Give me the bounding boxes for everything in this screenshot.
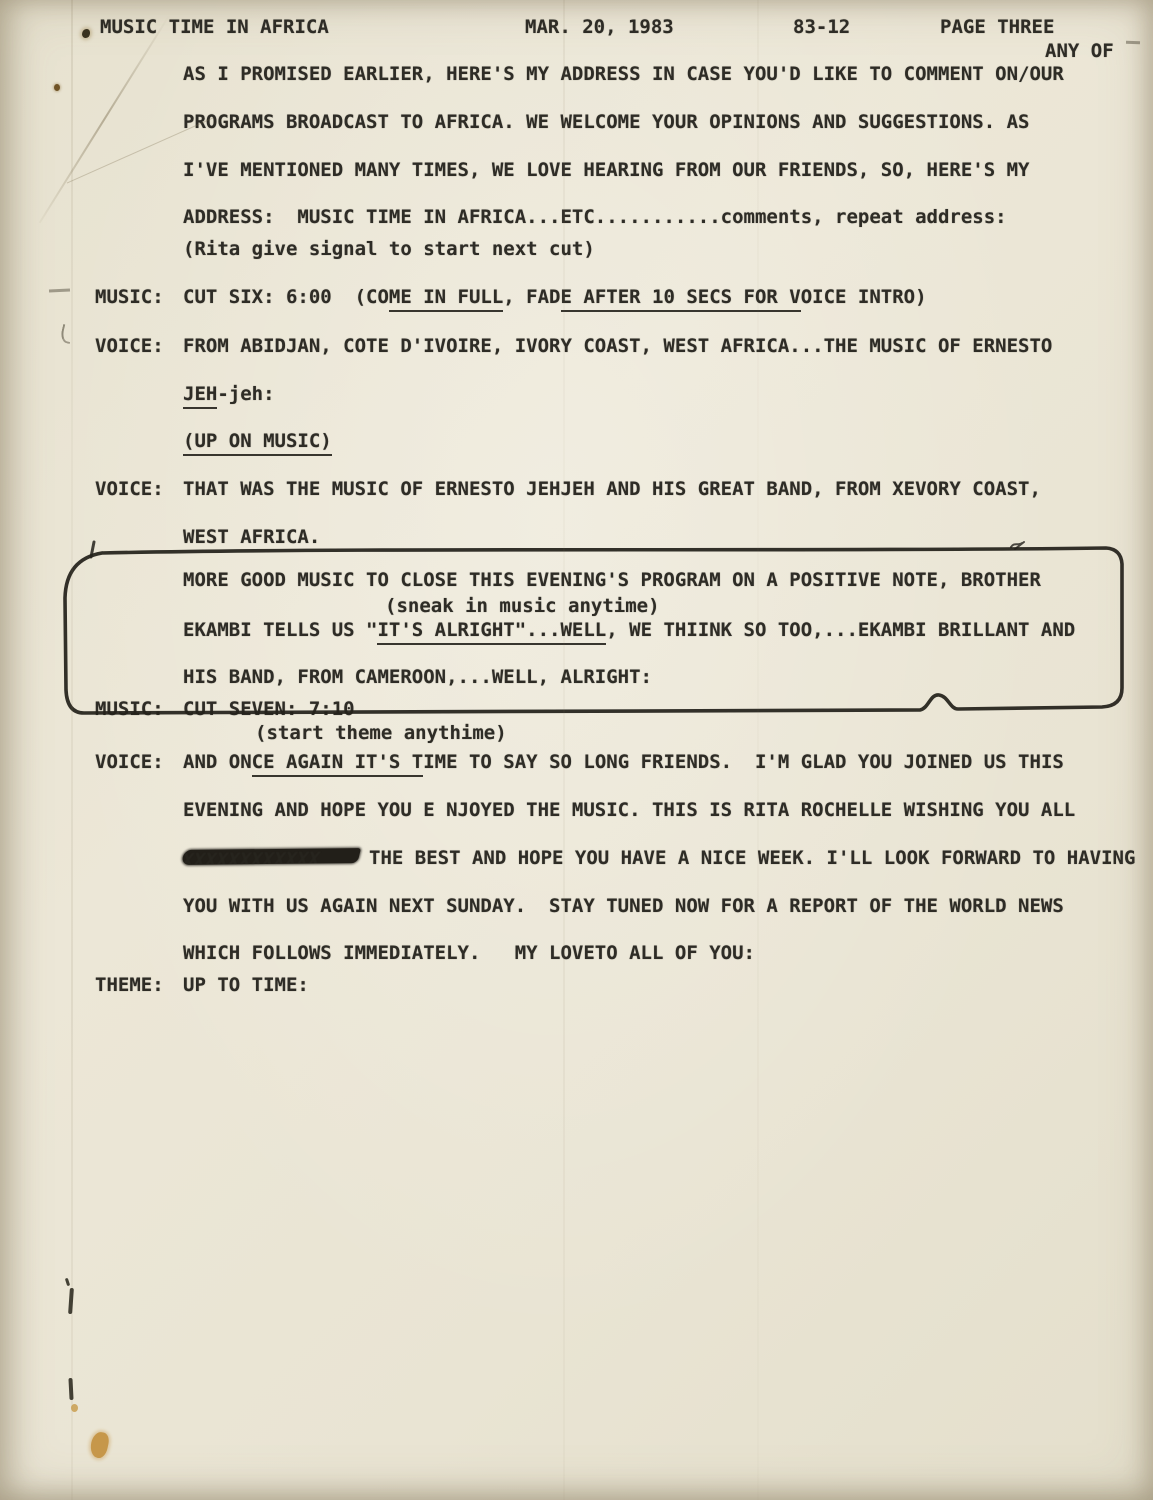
paper-stain bbox=[54, 84, 60, 91]
line-text: I'VE MENTIONED MANY TIMES, WE LOVE HEARI… bbox=[183, 159, 1029, 181]
text-segment: IT'S ALRIGHT"...WELL bbox=[377, 619, 606, 645]
text-segment: EKAMBI TELLS US " bbox=[183, 619, 377, 641]
script-line: ADDRESS: MUSIC TIME IN AFRICA...ETC.....… bbox=[95, 206, 1140, 238]
line-text: WHICH FOLLOWS IMMEDIATELY. MY LOVETO ALL… bbox=[183, 942, 755, 964]
line-text: HIS BAND, FROM CAMEROON,...WELL, ALRIGHT… bbox=[183, 666, 652, 688]
text-segment: CE AGAIN IT'S T bbox=[252, 751, 424, 777]
line-text: YOU WITH US AGAIN NEXT SUNDAY. STAY TUNE… bbox=[183, 895, 1064, 917]
cue-label: VOICE: bbox=[95, 751, 183, 773]
text-segment: CUT SEVEN: 7:10 bbox=[183, 698, 355, 720]
line-text: XXXXXXXXXXXXTHE BEST AND HOPE YOU HAVE A… bbox=[183, 847, 1135, 869]
cue-label: MUSIC: bbox=[95, 286, 183, 308]
paper-stain bbox=[88, 1431, 110, 1460]
text-segment: YOU WITH US AGAIN NEXT SUNDAY. STAY TUNE… bbox=[183, 895, 1064, 917]
script-line: (sneak in music anytime) bbox=[95, 595, 1140, 619]
script-line: EKAMBI TELLS US "IT'S ALRIGHT"...WELL, W… bbox=[95, 619, 1140, 666]
text-segment: THAT WAS THE MUSIC OF ERNESTO JEHJEH AND… bbox=[183, 478, 1041, 500]
text-segment: I'VE MENTIONED MANY TIMES, WE LOVE HEARI… bbox=[183, 159, 1029, 181]
text-segment: THE BEST AND HOPE YOU HAVE A NICE WEEK. … bbox=[369, 847, 1135, 869]
script-line: (UP ON MUSIC) bbox=[95, 430, 1140, 478]
broadcast-date: MAR. 20, 1983 bbox=[525, 16, 674, 38]
script-line: EVENING AND HOPE YOU E NJOYED THE MUSIC.… bbox=[95, 799, 1140, 847]
script-cue-line: VOICE:AND ONCE AGAIN IT'S TIME TO SAY SO… bbox=[95, 751, 1140, 799]
script-cue-line: THEME:UP TO TIME: bbox=[95, 974, 1140, 1022]
cue-label: THEME: bbox=[95, 974, 183, 996]
ink-speck bbox=[65, 1278, 70, 1287]
line-text: (sneak in music anytime) bbox=[385, 595, 660, 617]
pencil-mark bbox=[49, 288, 70, 292]
script-cue-line: VOICE:FROM ABIDJAN, COTE D'IVOIRE, IVORY… bbox=[95, 335, 1140, 383]
redacted-text: XXXXXXXXXXXX bbox=[181, 848, 361, 865]
text-segment: MORE GOOD MUSIC TO CLOSE THIS EVENING'S … bbox=[183, 569, 1041, 591]
text-segment: (Rita give signal to start next cut) bbox=[183, 238, 595, 260]
vertical-fold-line bbox=[71, 0, 73, 1500]
paper-stain bbox=[71, 1404, 78, 1412]
cue-label: MUSIC: bbox=[95, 698, 183, 720]
line-text: MORE GOOD MUSIC TO CLOSE THIS EVENING'S … bbox=[183, 569, 1041, 591]
line-text: EVENING AND HOPE YOU E NJOYED THE MUSIC.… bbox=[183, 799, 1075, 821]
line-text: (UP ON MUSIC) bbox=[183, 430, 332, 452]
line-text: (start theme anythime) bbox=[255, 722, 507, 744]
script-cue-line: MUSIC:CUT SEVEN: 7:10 bbox=[95, 698, 1140, 722]
text-segment: WEST AFRICA. bbox=[183, 526, 320, 548]
text-segment: ADDRESS: MUSIC TIME IN AFRICA...ETC.....… bbox=[183, 206, 1007, 228]
text-segment: ME IN FULL bbox=[389, 286, 503, 312]
text-segment: -jeh: bbox=[217, 383, 274, 405]
line-text: JEH-jeh: bbox=[183, 383, 275, 405]
line-text: FROM ABIDJAN, COTE D'IVOIRE, IVORY COAST… bbox=[183, 335, 1052, 357]
script-line: WEST AFRICA. bbox=[95, 526, 1140, 569]
script-line: (start theme anythime) bbox=[95, 722, 1140, 751]
text-segment: , FAD bbox=[503, 286, 560, 308]
text-segment: JEH bbox=[183, 383, 217, 409]
script-cue-line: MUSIC:CUT SIX: 6:00 (COME IN FULL, FADE … bbox=[95, 286, 1140, 335]
line-text: PROGRAMS BROADCAST TO AFRICA. WE WELCOME… bbox=[183, 111, 1029, 133]
line-text: EKAMBI TELLS US "IT'S ALRIGHT"...WELL, W… bbox=[183, 619, 1075, 641]
text-segment: WHICH FOLLOWS IMMEDIATELY. MY LOVETO ALL… bbox=[183, 942, 755, 964]
text-segment: (sneak in music anytime) bbox=[385, 595, 660, 617]
text-segment: EVENING AND HOPE YOU E NJOYED THE MUSIC.… bbox=[183, 799, 1075, 821]
script-line: XXXXXXXXXXXXTHE BEST AND HOPE YOU HAVE A… bbox=[95, 847, 1140, 895]
line-text: UP TO TIME: bbox=[183, 974, 309, 996]
line-text: AND ONCE AGAIN IT'S TIME TO SAY SO LONG … bbox=[183, 751, 1064, 777]
typewritten-script-page: MUSIC TIME IN AFRICA MAR. 20, 1983 83-12… bbox=[0, 0, 1153, 1500]
text-segment: , WE THIINK SO TOO,...EKAMBI BRILLANT AN… bbox=[606, 619, 1075, 641]
script-cue-line: VOICE:THAT WAS THE MUSIC OF ERNESTO JEHJ… bbox=[95, 478, 1140, 526]
script-line: PROGRAMS BROADCAST TO AFRICA. WE WELCOME… bbox=[95, 111, 1140, 159]
script-line: AS I PROMISED EARLIER, HERE'S MY ADDRESS… bbox=[95, 63, 1140, 111]
text-segment: E AFTER 10 SECS FOR V bbox=[561, 286, 801, 312]
script-line: MORE GOOD MUSIC TO CLOSE THIS EVENING'S … bbox=[95, 569, 1140, 595]
line-text: CUT SEVEN: 7:10 bbox=[183, 698, 355, 720]
script-line: WHICH FOLLOWS IMMEDIATELY. MY LOVETO ALL… bbox=[95, 942, 1140, 974]
line-text: CUT SIX: 6:00 (COME IN FULL, FADE AFTER … bbox=[183, 286, 927, 312]
line-text: ADDRESS: MUSIC TIME IN AFRICA...ETC.....… bbox=[183, 206, 1007, 228]
text-segment: (UP ON MUSIC) bbox=[183, 430, 332, 456]
episode-number: 83-12 bbox=[793, 16, 850, 38]
ink-speck bbox=[68, 1378, 73, 1400]
text-segment: (start theme anythime) bbox=[255, 722, 507, 744]
line-text: WEST AFRICA. bbox=[183, 526, 320, 548]
typed-insertion-any-of: ANY OF bbox=[1045, 40, 1114, 62]
line-text: THAT WAS THE MUSIC OF ERNESTO JEHJEH AND… bbox=[183, 478, 1041, 500]
text-segment: UP TO TIME: bbox=[183, 974, 309, 996]
cue-label: VOICE: bbox=[95, 478, 183, 500]
page-header: MUSIC TIME IN AFRICA MAR. 20, 1983 83-12… bbox=[0, 16, 1153, 56]
program-title: MUSIC TIME IN AFRICA bbox=[100, 16, 329, 38]
text-segment: HIS BAND, FROM CAMEROON,...WELL, ALRIGHT… bbox=[183, 666, 652, 688]
page-number: PAGE THREE bbox=[940, 16, 1054, 38]
text-segment: AND ON bbox=[183, 751, 252, 773]
line-text: (Rita give signal to start next cut) bbox=[183, 238, 595, 260]
script-line: YOU WITH US AGAIN NEXT SUNDAY. STAY TUNE… bbox=[95, 895, 1140, 942]
text-segment: IME TO SAY SO LONG FRIENDS. I'M GLAD YOU… bbox=[423, 751, 1064, 773]
text-segment: PROGRAMS BROADCAST TO AFRICA. WE WELCOME… bbox=[183, 111, 1029, 133]
text-segment: OICE INTRO) bbox=[801, 286, 927, 308]
line-text: AS I PROMISED EARLIER, HERE'S MY ADDRESS… bbox=[183, 63, 1064, 85]
ink-speck bbox=[68, 1288, 74, 1314]
script-line: JEH-jeh: bbox=[95, 383, 1140, 430]
script-line: (Rita give signal to start next cut) bbox=[95, 238, 1140, 286]
pencil-mark bbox=[59, 324, 74, 344]
text-segment: AS I PROMISED EARLIER, HERE'S MY ADDRESS… bbox=[183, 63, 1064, 85]
script-line: I'VE MENTIONED MANY TIMES, WE LOVE HEARI… bbox=[95, 159, 1140, 206]
script-lines: AS I PROMISED EARLIER, HERE'S MY ADDRESS… bbox=[95, 63, 1140, 1022]
text-segment: FROM ABIDJAN, COTE D'IVOIRE, IVORY COAST… bbox=[183, 335, 1052, 357]
script-line: HIS BAND, FROM CAMEROON,...WELL, ALRIGHT… bbox=[95, 666, 1140, 698]
text-segment: CUT SIX: 6:00 (CO bbox=[183, 286, 389, 308]
cue-label: VOICE: bbox=[95, 335, 183, 357]
